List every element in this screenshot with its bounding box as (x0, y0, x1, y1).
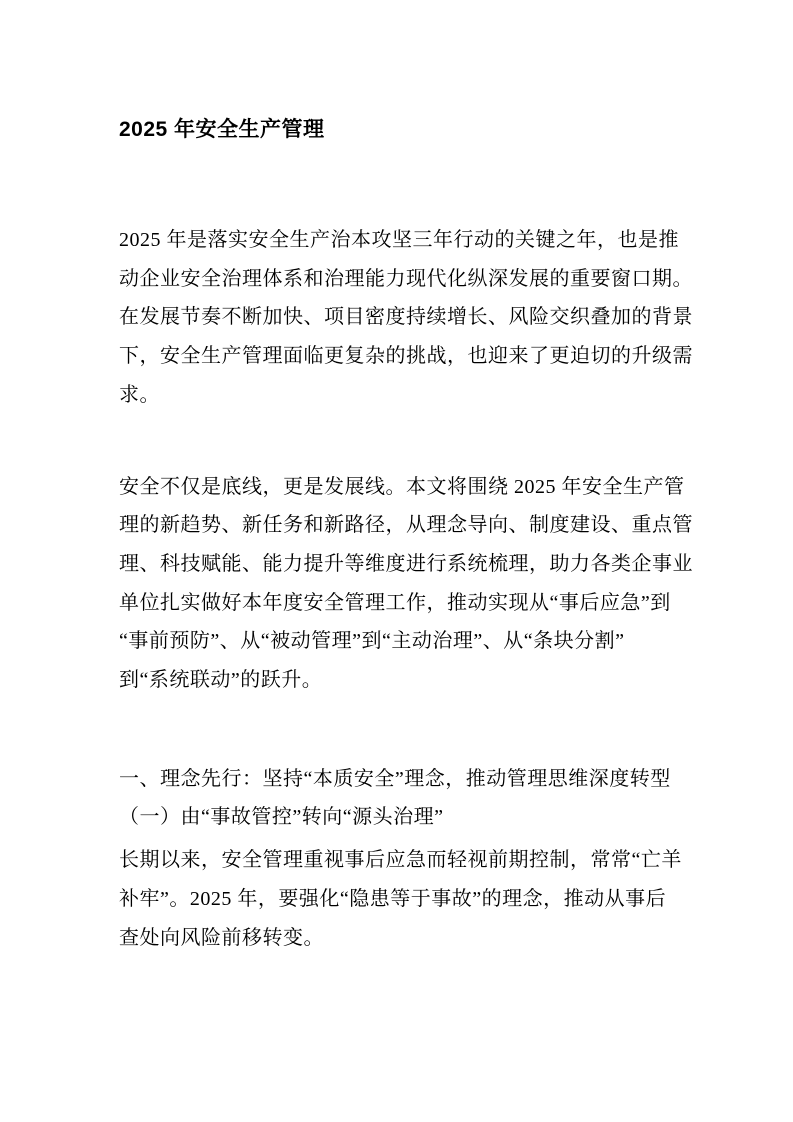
text-line: 到“系统联动”的跃升。 (119, 661, 677, 700)
section-paragraph: 长期以来，安全管理重视事后应急而轻视前期控制，常常“亡羊 补牢”。2025 年，… (119, 841, 677, 957)
text-line: 2025 年是落实安全生产治本攻坚三年行动的关键之年，也是推 (119, 221, 677, 260)
text-line: “事前预防”、从“被动管理”到“主动治理”、从“条块分割” (119, 622, 677, 661)
text-line: 理、科技赋能、能力提升等维度进行系统梳理，助力各类企事业 (119, 545, 677, 584)
text-line: 补牢”。2025 年，要强化“隐患等于事故”的理念，推动从事后 (119, 880, 677, 919)
text-line: 单位扎实做好本年度安全管理工作，推动实现从“事后应急”到 (119, 584, 677, 623)
text-line: 长期以来，安全管理重视事后应急而轻视前期控制，常常“亡羊 (119, 841, 677, 880)
intro-paragraph-2: 安全不仅是底线，更是发展线。本文将围绕 2025 年安全生产管 理的新趋势、新任… (119, 468, 677, 700)
text-line: 理的新趋势、新任务和新路径，从理念导向、制度建设、重点管 (119, 506, 677, 545)
section-heading-block: 一、理念先行：坚持“本质安全”理念，推动管理思维深度转型 （一）由“事故管控”转… (119, 760, 677, 837)
document-title: 2025 年安全生产管理 (119, 114, 677, 146)
text-line: 动企业安全治理体系和治理能力现代化纵深发展的重要窗口期。 (119, 260, 677, 299)
text-line: 查处向风险前移转变。 (119, 919, 677, 958)
section-subheading: （一）由“事故管控”转向“源头治理” (119, 798, 677, 837)
intro-paragraph-1: 2025 年是落实安全生产治本攻坚三年行动的关键之年，也是推 动企业安全治理体系… (119, 221, 677, 415)
text-line: 求。 (119, 376, 677, 415)
section-heading: 一、理念先行：坚持“本质安全”理念，推动管理思维深度转型 (119, 760, 677, 799)
text-line: 下，安全生产管理面临更复杂的挑战，也迎来了更迫切的升级需 (119, 337, 677, 376)
text-line: 安全不仅是底线，更是发展线。本文将围绕 2025 年安全生产管 (119, 468, 677, 507)
document-page: 2025 年安全生产管理 2025 年是落实安全生产治本攻坚三年行动的关键之年，… (0, 0, 793, 1122)
text-line: 在发展节奏不断加快、项目密度持续增长、风险交织叠加的背景 (119, 298, 677, 337)
